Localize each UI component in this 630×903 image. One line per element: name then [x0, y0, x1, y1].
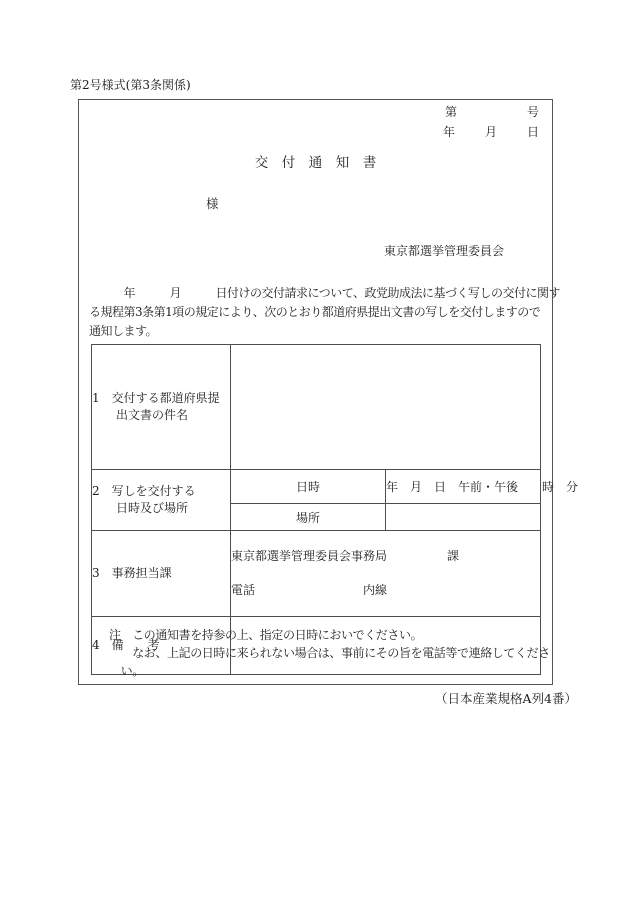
body-line-3: 通知します。	[89, 322, 549, 341]
document-page: 第2号様式(第3条関係) 第 号 年 月 日 交 付 通 知 書 様 東京都選挙…	[0, 0, 630, 903]
jis-standard-note: （日本産業規格A列4番）	[435, 689, 577, 707]
footer-note-line-1: 注 この通知書を持参の上、指定の日時においでください。	[109, 626, 550, 644]
subject-row: 1 交付する都道府県提 出文書の件名	[92, 345, 541, 470]
body-line-2: る規程第3条第1項の規定により、次のとおり都道府県提出文書の写しを交付しますので	[89, 303, 549, 322]
date-year-label: 年	[443, 122, 455, 142]
issue-date-line: 年 月 日	[443, 122, 539, 142]
office-row-label: 3 事務担当課	[92, 531, 231, 617]
body-line-1: 年 月 日付けの交付請求について、政党助成法に基づく写しの交付に関す	[89, 284, 549, 303]
datetime-label-cell: 日時	[231, 470, 386, 504]
subject-row-value	[231, 345, 541, 470]
place-label-cell: 場所	[231, 504, 386, 531]
office-row: 3 事務担当課 東京都選挙管理委員会事務局 課 電話 内線	[92, 531, 541, 617]
subject-row-label: 1 交付する都道府県提 出文書の件名	[92, 345, 231, 470]
doc-number-prefix: 第	[445, 102, 457, 122]
notice-form-box: 第 号 年 月 日 交 付 通 知 書 様 東京都選挙管理委員会 年 月 日付け…	[78, 99, 553, 685]
doc-number-suffix: 号	[527, 102, 539, 122]
footer-note: 注 この通知書を持参の上、指定の日時においでください。 なお、上記の日時に来られ…	[109, 626, 550, 680]
date-month-label: 月	[485, 122, 497, 142]
form-code-label: 第2号様式(第3条関係)	[70, 76, 191, 93]
footer-note-line-3: い。	[109, 662, 550, 680]
office-value-line-2: 電話 内線	[231, 582, 540, 599]
place-value-cell	[386, 504, 541, 531]
footer-note-line-2: なお、上記の日時に来られない場合は、事前にその旨を電話等で連絡してくださ	[109, 644, 550, 662]
addressee-honorific: 様	[206, 194, 219, 212]
issuer-name: 東京都選挙管理委員会	[384, 242, 504, 259]
office-value-line-1: 東京都選挙管理委員会事務局 課	[231, 548, 540, 565]
date-day-label: 日	[527, 122, 539, 142]
office-row-value: 東京都選挙管理委員会事務局 課 電話 内線	[231, 531, 541, 617]
delivery-row-label: 2 写しを交付する 日時及び場所	[92, 470, 231, 531]
datetime-value-cell: 年 月 日 午前・午後 時 分	[386, 470, 541, 504]
doc-meta: 第 号 年 月 日	[443, 102, 539, 142]
doc-number-line: 第 号	[445, 102, 539, 122]
delivery-row: 2 写しを交付する 日時及び場所 日時 年 月 日 午前・午後 時 分	[92, 470, 541, 504]
form-title: 交 付 通 知 書	[79, 151, 552, 171]
body-paragraph: 年 月 日付けの交付請求について、政党助成法に基づく写しの交付に関す る規程第3…	[89, 284, 549, 341]
